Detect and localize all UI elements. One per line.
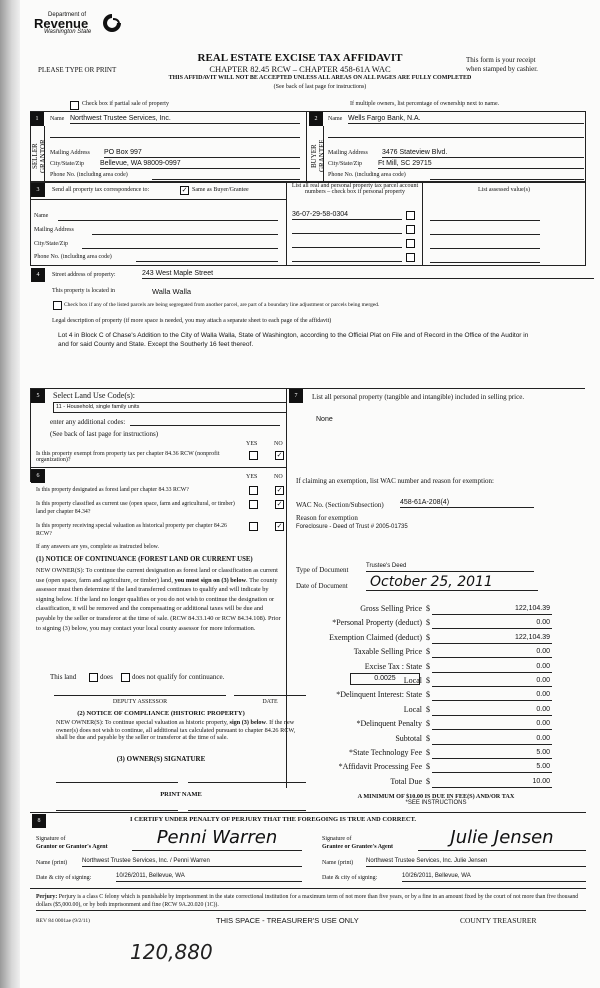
dor-swirl-icon bbox=[102, 13, 122, 33]
amount-label: Exemption Claimed (deduct) bbox=[252, 633, 422, 642]
affidavit-page: Department of Revenue Washington State R… bbox=[20, 0, 600, 988]
buyer-address-label: Mailing Address bbox=[328, 150, 368, 156]
correspondence-label: Send all property tax correspondence to: bbox=[52, 187, 149, 193]
yes-header: YES bbox=[246, 441, 257, 447]
personal-property-label: List all personal property (tangible and… bbox=[312, 392, 552, 402]
does-not-label: does not qualify for continuance. bbox=[132, 673, 224, 681]
amount-line bbox=[432, 686, 552, 687]
seller-side-label: SELLERGRANTOR bbox=[31, 135, 47, 177]
form-subtitle: CHAPTER 82.45 RCW – CHAPTER 458-61A WAC bbox=[180, 64, 420, 74]
seller-name-line-2[interactable] bbox=[50, 137, 300, 138]
scan-edge-shadow bbox=[0, 0, 20, 988]
exempt-yes-checkbox[interactable] bbox=[249, 451, 258, 460]
buyer-address-field[interactable]: 3476 Stateview Blvd. bbox=[382, 149, 584, 158]
section-badge-7: 7 bbox=[289, 389, 303, 403]
amount-line bbox=[432, 628, 552, 629]
amount-value[interactable]: 0.00 bbox=[430, 720, 550, 727]
amount-label: Local bbox=[252, 676, 422, 685]
buyer-side-label: BUYERGRANTEE bbox=[310, 135, 326, 177]
divider bbox=[30, 888, 586, 889]
section-badge-2: 2 bbox=[309, 112, 323, 126]
divider bbox=[306, 111, 307, 182]
corr-name-label: Name bbox=[34, 213, 48, 219]
print-name-field-1[interactable] bbox=[56, 810, 178, 811]
personal-property-checkbox-2[interactable] bbox=[406, 225, 415, 234]
divider bbox=[422, 181, 423, 265]
does-qualify-checkbox[interactable] bbox=[89, 673, 98, 682]
land-use-instructions: (See back of last page for instructions) bbox=[50, 430, 158, 438]
buyer-name-field[interactable]: Wells Fargo Bank, N.A. bbox=[348, 115, 584, 124]
amount-line bbox=[432, 772, 552, 773]
amount-label: Subtotal bbox=[252, 734, 422, 743]
handwritten-note: 120,880 bbox=[130, 940, 213, 964]
seller-city-label: City/State/Zip bbox=[50, 161, 84, 167]
seller-city-field[interactable]: Bellevue, WA 98009-0997 bbox=[100, 160, 300, 169]
corr-phone-field[interactable] bbox=[136, 261, 278, 262]
amount-label: Taxable Selling Price bbox=[252, 647, 422, 656]
land-use-label: Select Land Use Code(s): bbox=[53, 391, 135, 400]
street-label: Street address of property: bbox=[52, 272, 115, 278]
amount-value[interactable]: 0.00 bbox=[430, 691, 550, 698]
exemption-label: If claiming an exemption, list WAC numbe… bbox=[296, 477, 494, 485]
form-number: REV 84 0001ae (9/2/11) bbox=[36, 918, 90, 924]
forest-land-question: Is this property designated as forest la… bbox=[36, 487, 241, 493]
doc-type-label: Type of Document bbox=[296, 566, 348, 574]
segregated-checkbox[interactable] bbox=[53, 301, 62, 310]
s6-no-header: NO bbox=[274, 474, 283, 480]
amount-line bbox=[432, 758, 552, 759]
exempt-question: Is this property exempt from property ta… bbox=[36, 451, 236, 463]
section-badge-4: 4 bbox=[31, 268, 45, 282]
notice2-title: (2) NOTICE OF COMPLIANCE (HISTORIC PROPE… bbox=[36, 710, 286, 717]
buyer-city-label: City/State/Zip bbox=[328, 161, 362, 167]
personal-property-checkbox-4[interactable] bbox=[406, 253, 415, 262]
wac-field[interactable]: 458-61A-208(4) bbox=[400, 499, 534, 508]
corr-city-field[interactable] bbox=[82, 248, 278, 249]
amount-value[interactable]: 5.00 bbox=[430, 749, 550, 756]
amount-line bbox=[432, 700, 552, 701]
amount-line bbox=[432, 787, 552, 788]
historical-no-checkbox[interactable]: ✓ bbox=[275, 522, 284, 531]
parcel-number-4[interactable] bbox=[292, 253, 402, 262]
additional-codes-field[interactable] bbox=[130, 425, 280, 426]
perjury-notice: Perjury: Perjury is a class C felony whi… bbox=[36, 893, 586, 911]
current-use-no-checkbox[interactable]: ✓ bbox=[275, 500, 284, 509]
owner-signature-title: (3) OWNER(S) SIGNATURE bbox=[36, 755, 286, 763]
grantor-sig-label-2: Grantor or Grantor's Agent bbox=[36, 844, 108, 850]
grantee-name-field[interactable]: Northwest Trustee Services, Inc. Julie J… bbox=[366, 858, 586, 867]
legal-label: Legal description of property (if more s… bbox=[52, 318, 331, 324]
seller-address-label: Mailing Address bbox=[50, 150, 90, 156]
buyer-phone-label: Phone No. (including area code) bbox=[328, 172, 406, 178]
certify-statement: I CERTIFY UNDER PENALTY OF PERJURY THAT … bbox=[130, 816, 416, 823]
historical-question: Is this property receiving special valua… bbox=[36, 522, 241, 538]
grantee-sig-label-1: Signature of bbox=[322, 836, 352, 842]
grantee-sig-label-2: Grantee or Grantee's Agent bbox=[322, 844, 393, 850]
amount-line bbox=[432, 744, 552, 745]
seller-phone-field[interactable] bbox=[152, 171, 300, 180]
form-title: REAL ESTATE EXCISE TAX AFFIDAVIT bbox=[180, 52, 420, 64]
amount-value[interactable]: 0.00 bbox=[430, 619, 550, 626]
please-type: PLEASE TYPE OR PRINT bbox=[38, 66, 116, 74]
buyer-phone-field[interactable] bbox=[430, 171, 584, 180]
reason-label: Reason for exemption bbox=[296, 514, 358, 522]
grantee-name-print-label: Name (print) bbox=[322, 860, 353, 866]
amount-line bbox=[432, 643, 552, 644]
owner-signature-field-1[interactable] bbox=[56, 782, 178, 783]
amount-label: Total Due bbox=[252, 777, 422, 786]
notice1-text: NEW OWNER(S): To continue the current de… bbox=[36, 566, 284, 633]
section-badge-1: 1 bbox=[30, 112, 44, 126]
corr-city-label: City/State/Zip bbox=[34, 241, 68, 247]
amount-label: *State Technology Fee bbox=[252, 748, 422, 757]
buyer-city-field[interactable]: Ft Mill, SC 29715 bbox=[378, 160, 584, 169]
personal-property-value[interactable]: None bbox=[316, 416, 333, 423]
amount-label: Local bbox=[252, 705, 422, 714]
grantee-date-city-label: Date & city of signing: bbox=[322, 875, 377, 881]
amount-label: *Delinquent Penalty bbox=[252, 719, 422, 728]
section-badge-6: 6 bbox=[31, 469, 45, 483]
partial-sale-checkbox[interactable] bbox=[70, 101, 79, 110]
multiple-owners-note: If multiple owners, list percentage of o… bbox=[350, 101, 499, 107]
section-badge-3: 3 bbox=[31, 183, 45, 197]
amount-value[interactable]: 0.00 bbox=[430, 663, 550, 670]
amount-value[interactable]: 10.00 bbox=[430, 778, 550, 785]
amount-value[interactable]: 0.00 bbox=[430, 706, 550, 713]
amount-line bbox=[432, 672, 552, 673]
buyer-name-label: Name bbox=[328, 116, 342, 122]
print-name-label: PRINT NAME bbox=[56, 791, 306, 798]
amount-label: *Affidavit Processing Fee bbox=[252, 762, 422, 771]
assessed-value-4[interactable] bbox=[430, 262, 540, 263]
section-badge-5: 5 bbox=[31, 389, 45, 403]
same-as-buyer-checkbox[interactable]: ✓ bbox=[180, 186, 189, 195]
seller-address-field[interactable]: PO Box 997 bbox=[104, 149, 300, 158]
grantor-name-print-label: Name (print) bbox=[36, 860, 67, 866]
wac-label: WAC No. (Section/Subsection) bbox=[296, 501, 384, 509]
amount-label: Gross Selling Price bbox=[252, 604, 422, 613]
grantor-name-field[interactable]: Northwest Trustee Services, Inc. / Penni… bbox=[82, 858, 302, 867]
assessed-value-1[interactable] bbox=[430, 220, 540, 221]
buyer-name-line-2[interactable] bbox=[328, 137, 584, 138]
divider bbox=[286, 181, 287, 265]
corr-address-label: Mailing Address bbox=[34, 227, 74, 233]
amount-value[interactable]: 0.00 bbox=[430, 648, 550, 655]
grantor-sig-label-1: Signature of bbox=[36, 836, 66, 842]
receipt-note-1: This form is your receipt bbox=[466, 56, 536, 64]
doc-type-field[interactable]: Trustee's Deed bbox=[366, 563, 534, 572]
notice1-title: (1) NOTICE OF CONTINUANCE (FOREST LAND O… bbox=[36, 556, 253, 563]
minimum-fee-note: A MINIMUM OF $10.00 IS DUE IN FEE(S) AND… bbox=[296, 793, 576, 800]
parcel-number-1[interactable]: 36-07-29-58-0304 bbox=[292, 211, 402, 220]
see-instructions-note: *SEE INSTRUCTIONS bbox=[296, 800, 576, 806]
exempt-no-checkbox[interactable]: ✓ bbox=[275, 451, 284, 460]
corr-phone-label: Phone No. (including area code) bbox=[34, 254, 112, 260]
corr-address-field[interactable] bbox=[92, 234, 278, 235]
land-use-code-select[interactable]: 11 - Household, single family units bbox=[53, 402, 287, 413]
warning-banner: THIS AFFIDAVIT WILL NOT BE ACCEPTED UNLE… bbox=[50, 75, 590, 81]
amount-label: *Delinquent Interest: State bbox=[252, 690, 422, 699]
corr-name-field[interactable] bbox=[58, 220, 278, 221]
doc-date-field[interactable]: October 25, 2011 bbox=[366, 574, 538, 591]
additional-codes-label: enter any additional codes: bbox=[50, 418, 125, 426]
located-value[interactable]: Walla Walla bbox=[152, 287, 191, 296]
amount-value[interactable]: 0.00 bbox=[430, 677, 550, 684]
historical-yes-checkbox[interactable] bbox=[249, 522, 258, 531]
section-badge-8: 8 bbox=[32, 814, 46, 828]
assessed-value-2[interactable] bbox=[430, 234, 540, 235]
street-address-field[interactable]: 243 West Maple Street bbox=[142, 270, 594, 279]
amount-value[interactable]: 122,104.39 bbox=[430, 634, 550, 641]
divider bbox=[30, 467, 286, 468]
personal-property-checkbox-3[interactable] bbox=[406, 239, 415, 248]
instructions-note: (See back of last page for instructions) bbox=[50, 84, 590, 90]
deputy-assessor-label: DEPUTY ASSESSOR bbox=[54, 699, 226, 705]
forest-yes-checkbox[interactable] bbox=[249, 486, 258, 495]
grantor-date-city-field[interactable]: 10/26/2011, Bellevue, WA bbox=[116, 873, 302, 882]
segregated-label: Check box if any of the listed parcels a… bbox=[64, 302, 379, 308]
doc-date-label: Date of Document bbox=[296, 582, 348, 590]
print-name-field-2[interactable] bbox=[188, 810, 306, 811]
assessed-header: List assessed value(s) bbox=[424, 187, 584, 193]
seller-phone-label: Phone No. (including area code) bbox=[50, 172, 128, 178]
does-label: does bbox=[100, 673, 113, 681]
located-label: This property is located in bbox=[52, 288, 115, 294]
parcel-header: List all real and personal property tax … bbox=[290, 183, 420, 195]
amount-label: Excise Tax : State bbox=[252, 662, 422, 671]
amount-line bbox=[432, 715, 552, 716]
parcel-number-2[interactable] bbox=[292, 225, 402, 234]
assessed-value-3[interactable] bbox=[430, 248, 540, 249]
amount-value[interactable]: 0.00 bbox=[430, 735, 550, 742]
grantor-date-city-label: Date & city of signing: bbox=[36, 875, 91, 881]
partial-sale-label: Check box if partial sale of property bbox=[82, 101, 169, 107]
legal-description[interactable]: Lot 4 in Block C of Chase's Addition to … bbox=[58, 331, 538, 349]
treasurer-use-label: THIS SPACE - TREASURER'S USE ONLY bbox=[216, 916, 359, 925]
county-treasurer-label: COUNTY TREASURER bbox=[460, 916, 536, 925]
grantee-date-city-field[interactable]: 10/26/2011, Bellevue, WA bbox=[402, 873, 586, 882]
s6-yes-header: YES bbox=[246, 474, 257, 480]
grantor-signature-field[interactable]: Penni Warren bbox=[132, 826, 302, 851]
this-land-label: This land bbox=[50, 673, 76, 681]
divider bbox=[30, 812, 586, 813]
if-yes-note: If any answers are yes, complete as inst… bbox=[36, 544, 159, 550]
amount-label: *Personal Property (deduct) bbox=[252, 618, 422, 627]
reason-field[interactable]: Foreclosure - Deed of Trust # 2005-01735 bbox=[296, 524, 408, 530]
same-as-buyer-label: Same as Buyer/Grantee bbox=[192, 187, 249, 193]
current-use-yes-checkbox[interactable] bbox=[249, 500, 258, 509]
receipt-note-2: when stamped by cashier. bbox=[466, 65, 538, 73]
amount-line bbox=[432, 614, 552, 615]
current-use-question: Is this property classified as current u… bbox=[36, 500, 241, 516]
forest-no-checkbox[interactable]: ✓ bbox=[275, 486, 284, 495]
does-not-qualify-checkbox[interactable] bbox=[121, 673, 130, 682]
grantee-signature-field[interactable]: Julie Jensen bbox=[418, 826, 586, 851]
seller-name-field[interactable]: Northwest Trustee Services, Inc. bbox=[70, 115, 300, 124]
seller-name-label: Name bbox=[50, 116, 64, 122]
amount-line bbox=[432, 657, 552, 658]
personal-property-checkbox-1[interactable] bbox=[406, 211, 415, 220]
amount-value[interactable]: 122,104.39 bbox=[430, 605, 550, 612]
parcel-number-3[interactable] bbox=[292, 239, 402, 248]
deputy-assessor-signature[interactable] bbox=[54, 695, 226, 696]
no-header: NO bbox=[274, 441, 283, 447]
amount-value[interactable]: 5.00 bbox=[430, 763, 550, 770]
amount-line bbox=[432, 729, 552, 730]
